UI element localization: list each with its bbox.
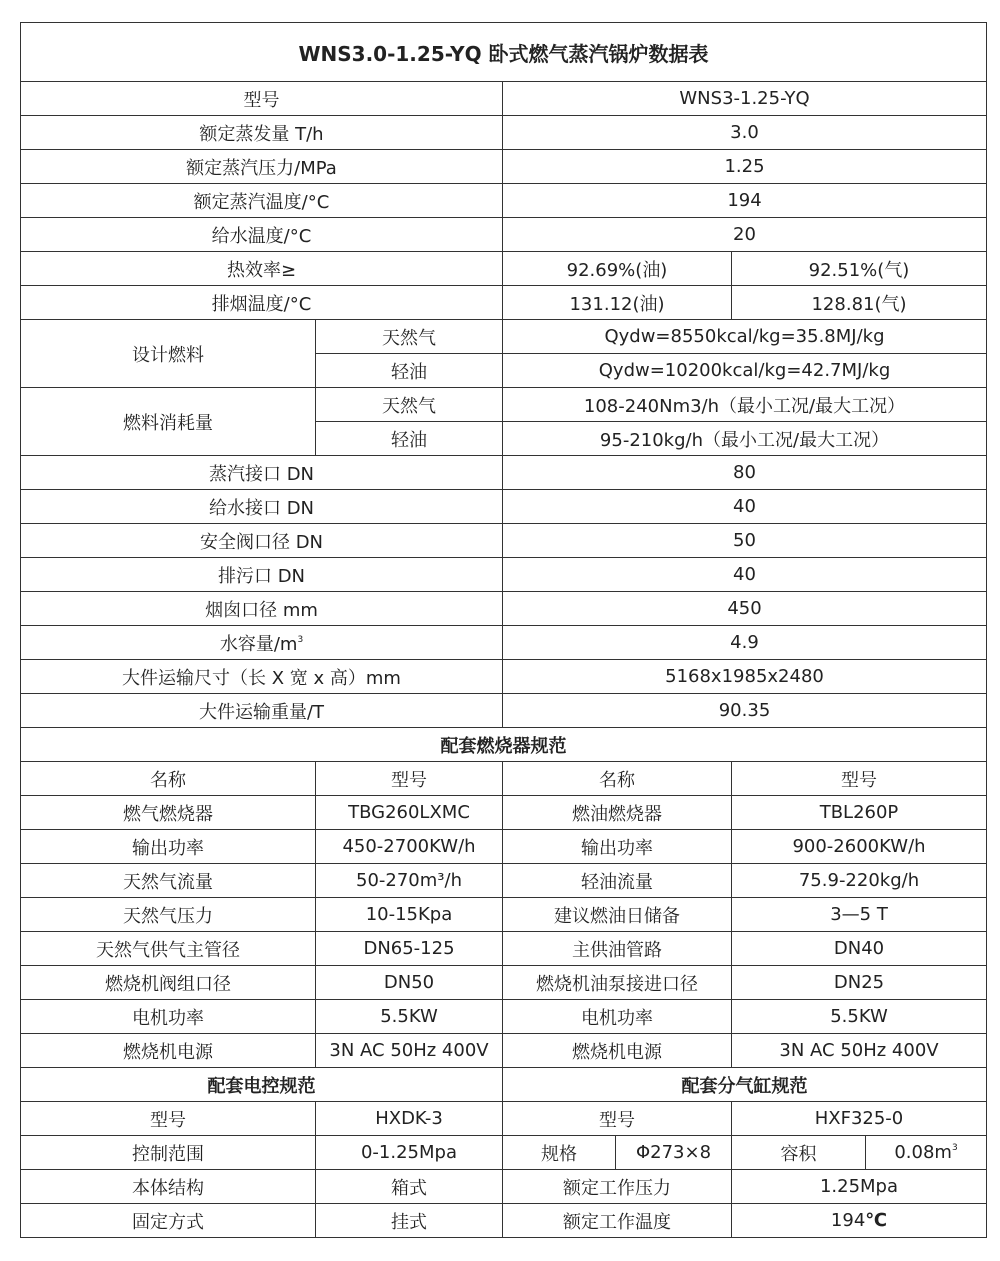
spec-label: 给水温度/°C xyxy=(21,218,503,252)
cell: 450-2700KW/h xyxy=(316,830,503,864)
header-cylinder-section-title: 配套分气缸规范 xyxy=(503,1068,987,1102)
boiler-data-table: WNS3.0-1.25-YQ 卧式燃气蒸汽锅炉数据表 型号WNS3-1.25-Y… xyxy=(20,22,987,1238)
cell: 3—5 T xyxy=(732,898,987,932)
cell: 3N AC 50Hz 400V xyxy=(732,1034,987,1068)
volume-value-cell: 0.08m3 xyxy=(866,1136,987,1170)
spec-label: 烟囱口径 mm xyxy=(21,592,503,626)
cell: 本体结构 xyxy=(21,1170,316,1204)
cell: 挂式 xyxy=(316,1204,503,1238)
fuel-consumption-label: 燃料消耗量 xyxy=(21,388,316,456)
efficiency-oil: 92.69%(油) xyxy=(503,252,732,286)
cell: HXDK-3 xyxy=(316,1102,503,1136)
temp-value: 194 xyxy=(831,1210,865,1231)
cell: TBG260LXMC xyxy=(316,796,503,830)
fuel-value: 108-240Nm3/h（最小工况/最大工况） xyxy=(503,388,987,422)
cell: 75.9-220kg/h xyxy=(732,864,987,898)
spec-value: 5168x1985x2480 xyxy=(503,660,987,694)
table-row: 烟囱口径 mm450 xyxy=(21,592,987,626)
spec-label: 额定蒸汽温度/°C xyxy=(21,184,503,218)
fuel-type: 轻油 xyxy=(316,422,503,456)
cell: 50-270m³/h xyxy=(316,864,503,898)
spec-value: 50 xyxy=(503,524,987,558)
table-row: 排污口 DN40 xyxy=(21,558,987,592)
spec-value: WNS3-1.25-YQ xyxy=(503,82,987,116)
spec-value: 90.35 xyxy=(503,694,987,728)
control-section-title: 配套电控规范 xyxy=(21,1068,503,1102)
exhaust-gas: 128.81(气) xyxy=(732,286,987,320)
spec-value: 40 xyxy=(503,490,987,524)
cell: TBL260P xyxy=(732,796,987,830)
cell: 主供油管路 xyxy=(503,932,732,966)
spec-label: 排污口 DN xyxy=(21,558,503,592)
table-title: WNS3.0-1.25-YQ 卧式燃气蒸汽锅炉数据表 xyxy=(21,23,987,82)
cell: 3N AC 50Hz 400V xyxy=(316,1034,503,1068)
spec-label: 型号 xyxy=(21,82,503,116)
spec-value: 40 xyxy=(503,558,987,592)
cell: 控制范围 xyxy=(21,1136,316,1170)
cell: 5.5KW xyxy=(316,1000,503,1034)
table-row: 型号HXDK-3 型号HXF325-0 xyxy=(21,1102,987,1136)
burner-section-title: 配套燃烧器规范 xyxy=(21,728,987,762)
spec-label: 大件运输重量/T xyxy=(21,694,503,728)
spec-value: 1.25 xyxy=(503,150,987,184)
column-header: 名称 xyxy=(503,762,732,796)
cell: 10-15Kpa xyxy=(316,898,503,932)
superscript: 3 xyxy=(952,1143,958,1153)
table-row: 热效率≥92.69%(油)92.51%(气) xyxy=(21,252,987,286)
cell: 燃烧机电源 xyxy=(21,1034,316,1068)
cell: 1.25Mpa xyxy=(732,1170,987,1204)
table-row: 天然气供气主管径DN65-125主供油管路DN40 xyxy=(21,932,987,966)
efficiency-label: 热效率≥ xyxy=(21,252,503,286)
table-row: 天然气流量50-270m³/h轻油流量75.9-220kg/h xyxy=(21,864,987,898)
column-header: 型号 xyxy=(316,762,503,796)
spec-value: 20 xyxy=(503,218,987,252)
fuel-value: 95-210kg/h（最小工况/最大工况） xyxy=(503,422,987,456)
superscript: 3 xyxy=(297,635,303,645)
table-row: 燃烧机电源3N AC 50Hz 400V燃烧机电源3N AC 50Hz 400V xyxy=(21,1034,987,1068)
exhaust-oil: 131.12(油) xyxy=(503,286,732,320)
table-row: 燃气燃烧器TBG260LXMC燃油燃烧器TBL260P xyxy=(21,796,987,830)
efficiency-gas: 92.51%(气) xyxy=(732,252,987,286)
table-row: 给水温度/°C20 xyxy=(21,218,987,252)
table-row: 电机功率5.5KW电机功率5.5KW xyxy=(21,1000,987,1034)
table-row: 设计燃料天然气Qydw=8550kcal/kg=35.8MJ/kg xyxy=(21,320,987,354)
cell: 输出功率 xyxy=(21,830,316,864)
cell: 燃气燃烧器 xyxy=(21,796,316,830)
table-row: 型号WNS3-1.25-YQ xyxy=(21,82,987,116)
table-row: 排烟温度/°C131.12(油)128.81(气) xyxy=(21,286,987,320)
spec-value: 3.0 xyxy=(503,116,987,150)
column-header: 型号 xyxy=(732,762,987,796)
cell: 箱式 xyxy=(316,1170,503,1204)
cell: 0-1.25Mpa xyxy=(316,1136,503,1170)
spec-label: 额定蒸汽压力/MPa xyxy=(21,150,503,184)
cell: 燃烧机阀组口径 xyxy=(21,966,316,1000)
temp-value-cell: 194℃ xyxy=(732,1204,987,1238)
table-row: 固定方式挂式 额定工作温度 194℃ xyxy=(21,1204,987,1238)
cell: 额定工作温度 xyxy=(503,1204,732,1238)
table-row: 给水接口 DN40 xyxy=(21,490,987,524)
spec-label: 安全阀口径 DN xyxy=(21,524,503,558)
design-fuel-label: 设计燃料 xyxy=(21,320,316,388)
table-row: 输出功率450-2700KW/h输出功率900-2600KW/h xyxy=(21,830,987,864)
cell: 建议燃油日储备 xyxy=(503,898,732,932)
cell: 额定工作压力 xyxy=(503,1170,732,1204)
table-row: 大件运输尺寸（长 X 宽 x 高）mm5168x1985x2480 xyxy=(21,660,987,694)
spec-label: 大件运输尺寸（长 X 宽 x 高）mm xyxy=(21,660,503,694)
cell: 固定方式 xyxy=(21,1204,316,1238)
spec-value: 450 xyxy=(503,592,987,626)
water-capacity-label: 水容量/m3 xyxy=(21,626,503,660)
table-row: 额定蒸汽压力/MPa1.25 xyxy=(21,150,987,184)
cell: 燃烧机油泵接进口径 xyxy=(503,966,732,1000)
column-header: 名称 xyxy=(21,762,316,796)
table-row: 燃料消耗量天然气108-240Nm3/h（最小工况/最大工况） xyxy=(21,388,987,422)
cell: 燃油燃烧器 xyxy=(503,796,732,830)
spec-value: 194 xyxy=(503,184,987,218)
water-capacity-text: 水容量/m xyxy=(220,634,298,655)
cell: 容积 xyxy=(732,1136,866,1170)
cell: DN65-125 xyxy=(316,932,503,966)
cell: DN40 xyxy=(732,932,987,966)
cell: 电机功率 xyxy=(21,1000,316,1034)
cell: DN50 xyxy=(316,966,503,1000)
cell: 900-2600KW/h xyxy=(732,830,987,864)
burner-header-row: 名称 型号 名称 型号 xyxy=(21,762,987,796)
cell: Φ273×8 xyxy=(616,1136,732,1170)
table-row: 蒸汽接口 DN80 xyxy=(21,456,987,490)
fuel-type: 天然气 xyxy=(316,320,503,354)
cell: 天然气流量 xyxy=(21,864,316,898)
table-row: 本体结构箱式 额定工作压力1.25Mpa xyxy=(21,1170,987,1204)
cell: 型号 xyxy=(21,1102,316,1136)
table-row: 额定蒸汽温度/°C194 xyxy=(21,184,987,218)
spec-label: 额定蒸发量 T/h xyxy=(21,116,503,150)
cell: 天然气压力 xyxy=(21,898,316,932)
fuel-type: 天然气 xyxy=(316,388,503,422)
water-capacity-value: 4.9 xyxy=(503,626,987,660)
cell: HXF325-0 xyxy=(732,1102,987,1136)
cell: 5.5KW xyxy=(732,1000,987,1034)
cell: 规格 xyxy=(503,1136,616,1170)
table-row: 天然气压力10-15Kpa建议燃油日储备3—5 T xyxy=(21,898,987,932)
table-row: 控制范围0-1.25Mpa 规格Φ273×8 容积 0.08m3 xyxy=(21,1136,987,1170)
spec-value: 80 xyxy=(503,456,987,490)
cell: 电机功率 xyxy=(503,1000,732,1034)
spec-label: 蒸汽接口 DN xyxy=(21,456,503,490)
table-row: 水容量/m34.9 xyxy=(21,626,987,660)
spec-label: 给水接口 DN xyxy=(21,490,503,524)
cell: 燃烧机电源 xyxy=(503,1034,732,1068)
cell: 轻油流量 xyxy=(503,864,732,898)
fuel-value: Qydw=8550kcal/kg=35.8MJ/kg xyxy=(503,320,987,354)
cell: 输出功率 xyxy=(503,830,732,864)
fuel-type: 轻油 xyxy=(316,354,503,388)
table-row: 燃烧机阀组口径DN50燃烧机油泵接进口径DN25 xyxy=(21,966,987,1000)
cell: 型号 xyxy=(503,1102,732,1136)
temp-unit: ℃ xyxy=(865,1210,887,1231)
table-row: 大件运输重量/T90.35 xyxy=(21,694,987,728)
table-row: 安全阀口径 DN50 xyxy=(21,524,987,558)
cell: 天然气供气主管径 xyxy=(21,932,316,966)
exhaust-label: 排烟温度/°C xyxy=(21,286,503,320)
volume-value: 0.08m xyxy=(894,1142,952,1163)
table-row: 额定蒸发量 T/h3.0 xyxy=(21,116,987,150)
cell: DN25 xyxy=(732,966,987,1000)
fuel-value: Qydw=10200kcal/kg=42.7MJ/kg xyxy=(503,354,987,388)
